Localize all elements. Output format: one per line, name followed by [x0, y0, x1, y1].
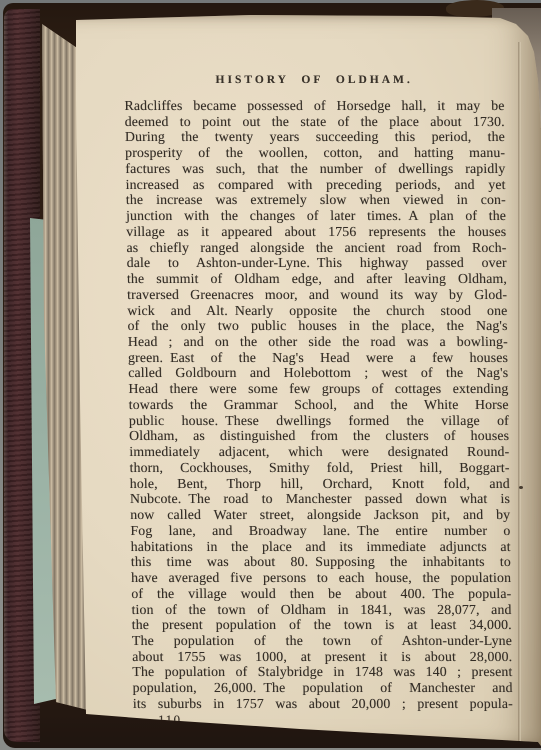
text-line: habitations in the place and its immedia…: [131, 539, 511, 555]
text-line: wick and Alt. Nearly opposite the church…: [127, 303, 507, 319]
text-line: dale to Ashton-under-Lyne. This highway …: [127, 255, 507, 271]
text-line: the summit of Oldham edge, and after lea…: [127, 271, 507, 287]
text-line: Head there were some few groups of cotta…: [128, 381, 508, 397]
text-line: junction with the changes of later times…: [126, 208, 506, 224]
text-line: this time was about 80. Supposing the in…: [131, 554, 511, 570]
text-line: its suburbs in 1757 was about 20,000 ; p…: [133, 696, 513, 712]
book-page: HISTORY OF OLDHAM. Radcliffes became pos…: [60, 12, 541, 746]
text-line: public house. These dwellings formed the…: [129, 413, 509, 429]
text-line: population, 26,000. The population of Ma…: [132, 680, 512, 696]
ink-speck: [519, 486, 523, 489]
text-line: called Goldbourn and Holebottom ; west o…: [128, 365, 508, 381]
text-line: The population of Stalybridge in 1748 wa…: [132, 664, 512, 680]
text-line: Radcliffes became possessed of Horsedge …: [124, 98, 504, 114]
text-lines: Radcliffes became possessed of Horsedge …: [124, 98, 513, 712]
text-line: have averaged five persons to each house…: [131, 570, 511, 586]
page-header: HISTORY OF OLDHAM.: [124, 72, 504, 88]
text-line: Oldham, as distinguished from the cluste…: [129, 428, 509, 444]
text-line: as chiefly ranged alongside the ancient …: [126, 240, 506, 256]
text-line: Fog lane, and Broadway lane. The entire …: [130, 523, 510, 539]
text-line: green. East of the Nag's Head were a few…: [128, 350, 508, 366]
text-line: tion of the town of Oldham in 1841, was …: [131, 602, 511, 618]
text-line: village as it appeared about 1756 repres…: [126, 224, 506, 240]
text-line: increased as compared with preceding per…: [125, 177, 505, 193]
text-line: prosperity of the woollen, cotton, and h…: [125, 145, 505, 161]
text-line: about 1755 was 1000, at present it is ab…: [132, 649, 512, 665]
text-line: the present population of the town is at…: [132, 617, 512, 633]
text-line: thorn, Cockhouses, Smithy fold, Priest h…: [129, 460, 509, 476]
text-line: factures was such, that the number of dw…: [125, 161, 505, 177]
text-line: The population of the town of Ashton-und…: [132, 633, 512, 649]
text-line: traversed Greenacres moor, and wound its…: [127, 287, 507, 303]
text-line: hole, Bent, Thorp hill, Orchard, Knott f…: [130, 476, 510, 492]
text-line: of the village would then be about 400. …: [131, 586, 511, 602]
text-line: the increase was extremely slow when vie…: [126, 192, 506, 208]
text-line: of the only two public houses in the pla…: [127, 318, 507, 334]
body-text: HISTORY OF OLDHAM. Radcliffes became pos…: [124, 72, 513, 712]
text-line: Head ; and on the other side the road wa…: [128, 334, 508, 350]
text-line: now called Water street, alongside Jacks…: [130, 507, 510, 523]
text-line: towards the Grammar School, and the Whit…: [129, 397, 509, 413]
text-line: immediately adjacent, which were designa…: [129, 444, 509, 460]
text-line: During the twenty years succeeding this …: [125, 129, 505, 145]
text-line: deemed to point out the state of the pla…: [125, 114, 505, 130]
gutter-crease: [518, 42, 521, 742]
text-line: Nubcote. The road to Manchester passed d…: [130, 491, 510, 507]
scanned-book-photo: HISTORY OF OLDHAM. Radcliffes became pos…: [0, 0, 541, 750]
